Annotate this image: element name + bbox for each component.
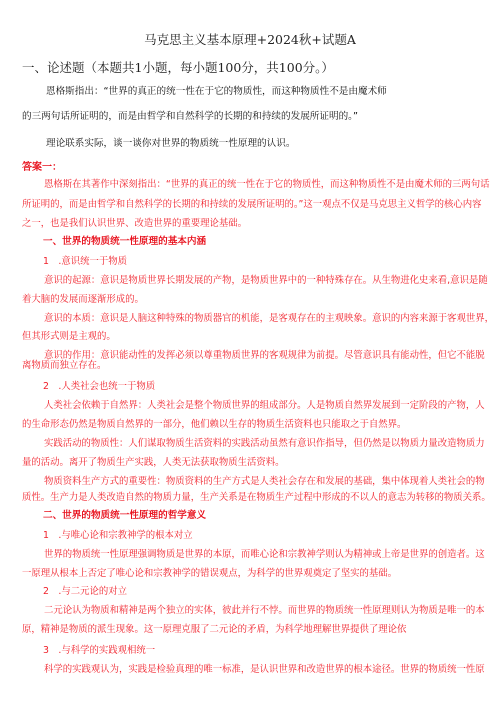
part2-sub2-line-2: 原，精神是物质的派生现象。这一原理克服了二元论的矛盾，为科学地理解世界提供了理论…: [22, 621, 406, 635]
part2-heading: 二、世界的物质统一性原理的哲学意义: [43, 507, 206, 521]
question-line-1: 恩格斯指出：“世界的真正的统一性在于它的物质性，而这种物质性不是由魔术师: [46, 83, 387, 97]
production-line-2: 质性。生产力是人类改造自然的物质力量，生产关系是在物质生产过程中形成的不以人的意…: [22, 489, 491, 503]
part2-sub1-title: 1 .与唯心论和宗教神学的根本对立: [43, 527, 193, 541]
document-page: 马克思主义基本原理+2024秋+试题A 一、论述题（本题共1小题，每小题100分…: [0, 0, 500, 707]
part1-sub1-title: 1 .意识统一于物质: [43, 253, 127, 267]
part1-heading: 一、世界的物质统一性原理的基本内涵: [43, 233, 206, 247]
answer-intro-line-2: 所证明的，而是由哲学和自然科学的长期的和持续的发展所证明的。”这一观点不仅是马克…: [22, 196, 482, 210]
part2-sub1-line-1: 世界的物质统一性原理强调物质是世界的本原，而唯心论和宗教神学则认为精神或上帝是世…: [44, 546, 485, 560]
part2-sub2-line-1: 二元论认为物质和精神是两个独立的实体，彼此并行不悖。而世界的物质统一性原理则认为…: [44, 602, 485, 616]
practice-line-1: 实践活动的物质性：人们谋取物质生活资料的实践活动虽然有意识作指导，但仍然是以物质…: [44, 435, 485, 449]
essence-line-2: 但其形式则是主观的。: [22, 328, 116, 342]
origin-line-2: 着大脑的发展而逐渐形成的。: [22, 291, 144, 305]
part1-sub2-title: 2 .人类社会也统一于物质: [43, 378, 155, 392]
origin-line-1: 意识的起源：意识是物质世界长期发展的产物，是物质世界中的一种特殊存在。从生物进化…: [44, 272, 488, 286]
part2-sub3-line-1: 科学的实践观认为，实践是检验真理的唯一标准，是认识世界和改造世界的根本途径。世界…: [44, 661, 485, 675]
nature-line-2: 的生命形态仍然是物质自然界的一部分，他们赖以生存的物质生活资料也只能取之于自然界…: [22, 416, 406, 430]
section-heading: 一、论述题（本题共1小题，每小题100分，共100分。）: [22, 58, 334, 76]
nature-line-1: 人类社会依赖于自然界：人类社会是整个物质世界的组成部分。人是物质自然界发展到一定…: [44, 397, 485, 411]
part2-sub1-line-2: 一原理从根本上否定了唯心论和宗教神学的错误观点，为科学的世界观奠定了坚实的基础。: [22, 565, 397, 579]
role-line-1: 意识的作用：意识能动性的发挥必须以尊重物质世界的客观规律为前提。尽管意识具有能动…: [44, 347, 485, 361]
answer-label: 答案一：: [22, 158, 62, 173]
question-prompt: 理论联系实际，谈一谈你对世界的物质统一性原理的认识。: [46, 135, 295, 149]
question-line-2: 的三两句话所证明的，而是由哲学和自然科学的长期的和持续的发展所证明的。”: [22, 108, 358, 122]
document-title: 马克思主义基本原理+2024秋+试题A: [0, 30, 500, 48]
part2-sub2-title: 2 .与二元论的对立: [43, 583, 127, 597]
practice-line-2: 量的活动。离开了物质生产实践，人类无法获取物质生活资料。: [22, 454, 285, 468]
essence-line-1: 意识的本质：意识是人脑这种特殊的物质器官的机能，是客观存在的主观映象。意识的内容…: [44, 310, 494, 324]
role-line-2: 离物质而独立存在。: [22, 357, 106, 371]
production-line-1: 物质资料生产方式的重要性：物质资料的生产方式是人类社会存在和发展的基础，集中体现…: [44, 473, 485, 487]
part2-sub3-title: 3 .与科学的实践观相统一: [43, 642, 155, 656]
answer-intro-line-3: 之一，也是我们认识世界、改造世界的重要理论基础。: [22, 215, 247, 229]
answer-intro-line-1: 恩格斯在其著作中深刻指出：“世界的真正的统一性在于它的物质性，而这种物质性不是由…: [44, 176, 490, 190]
